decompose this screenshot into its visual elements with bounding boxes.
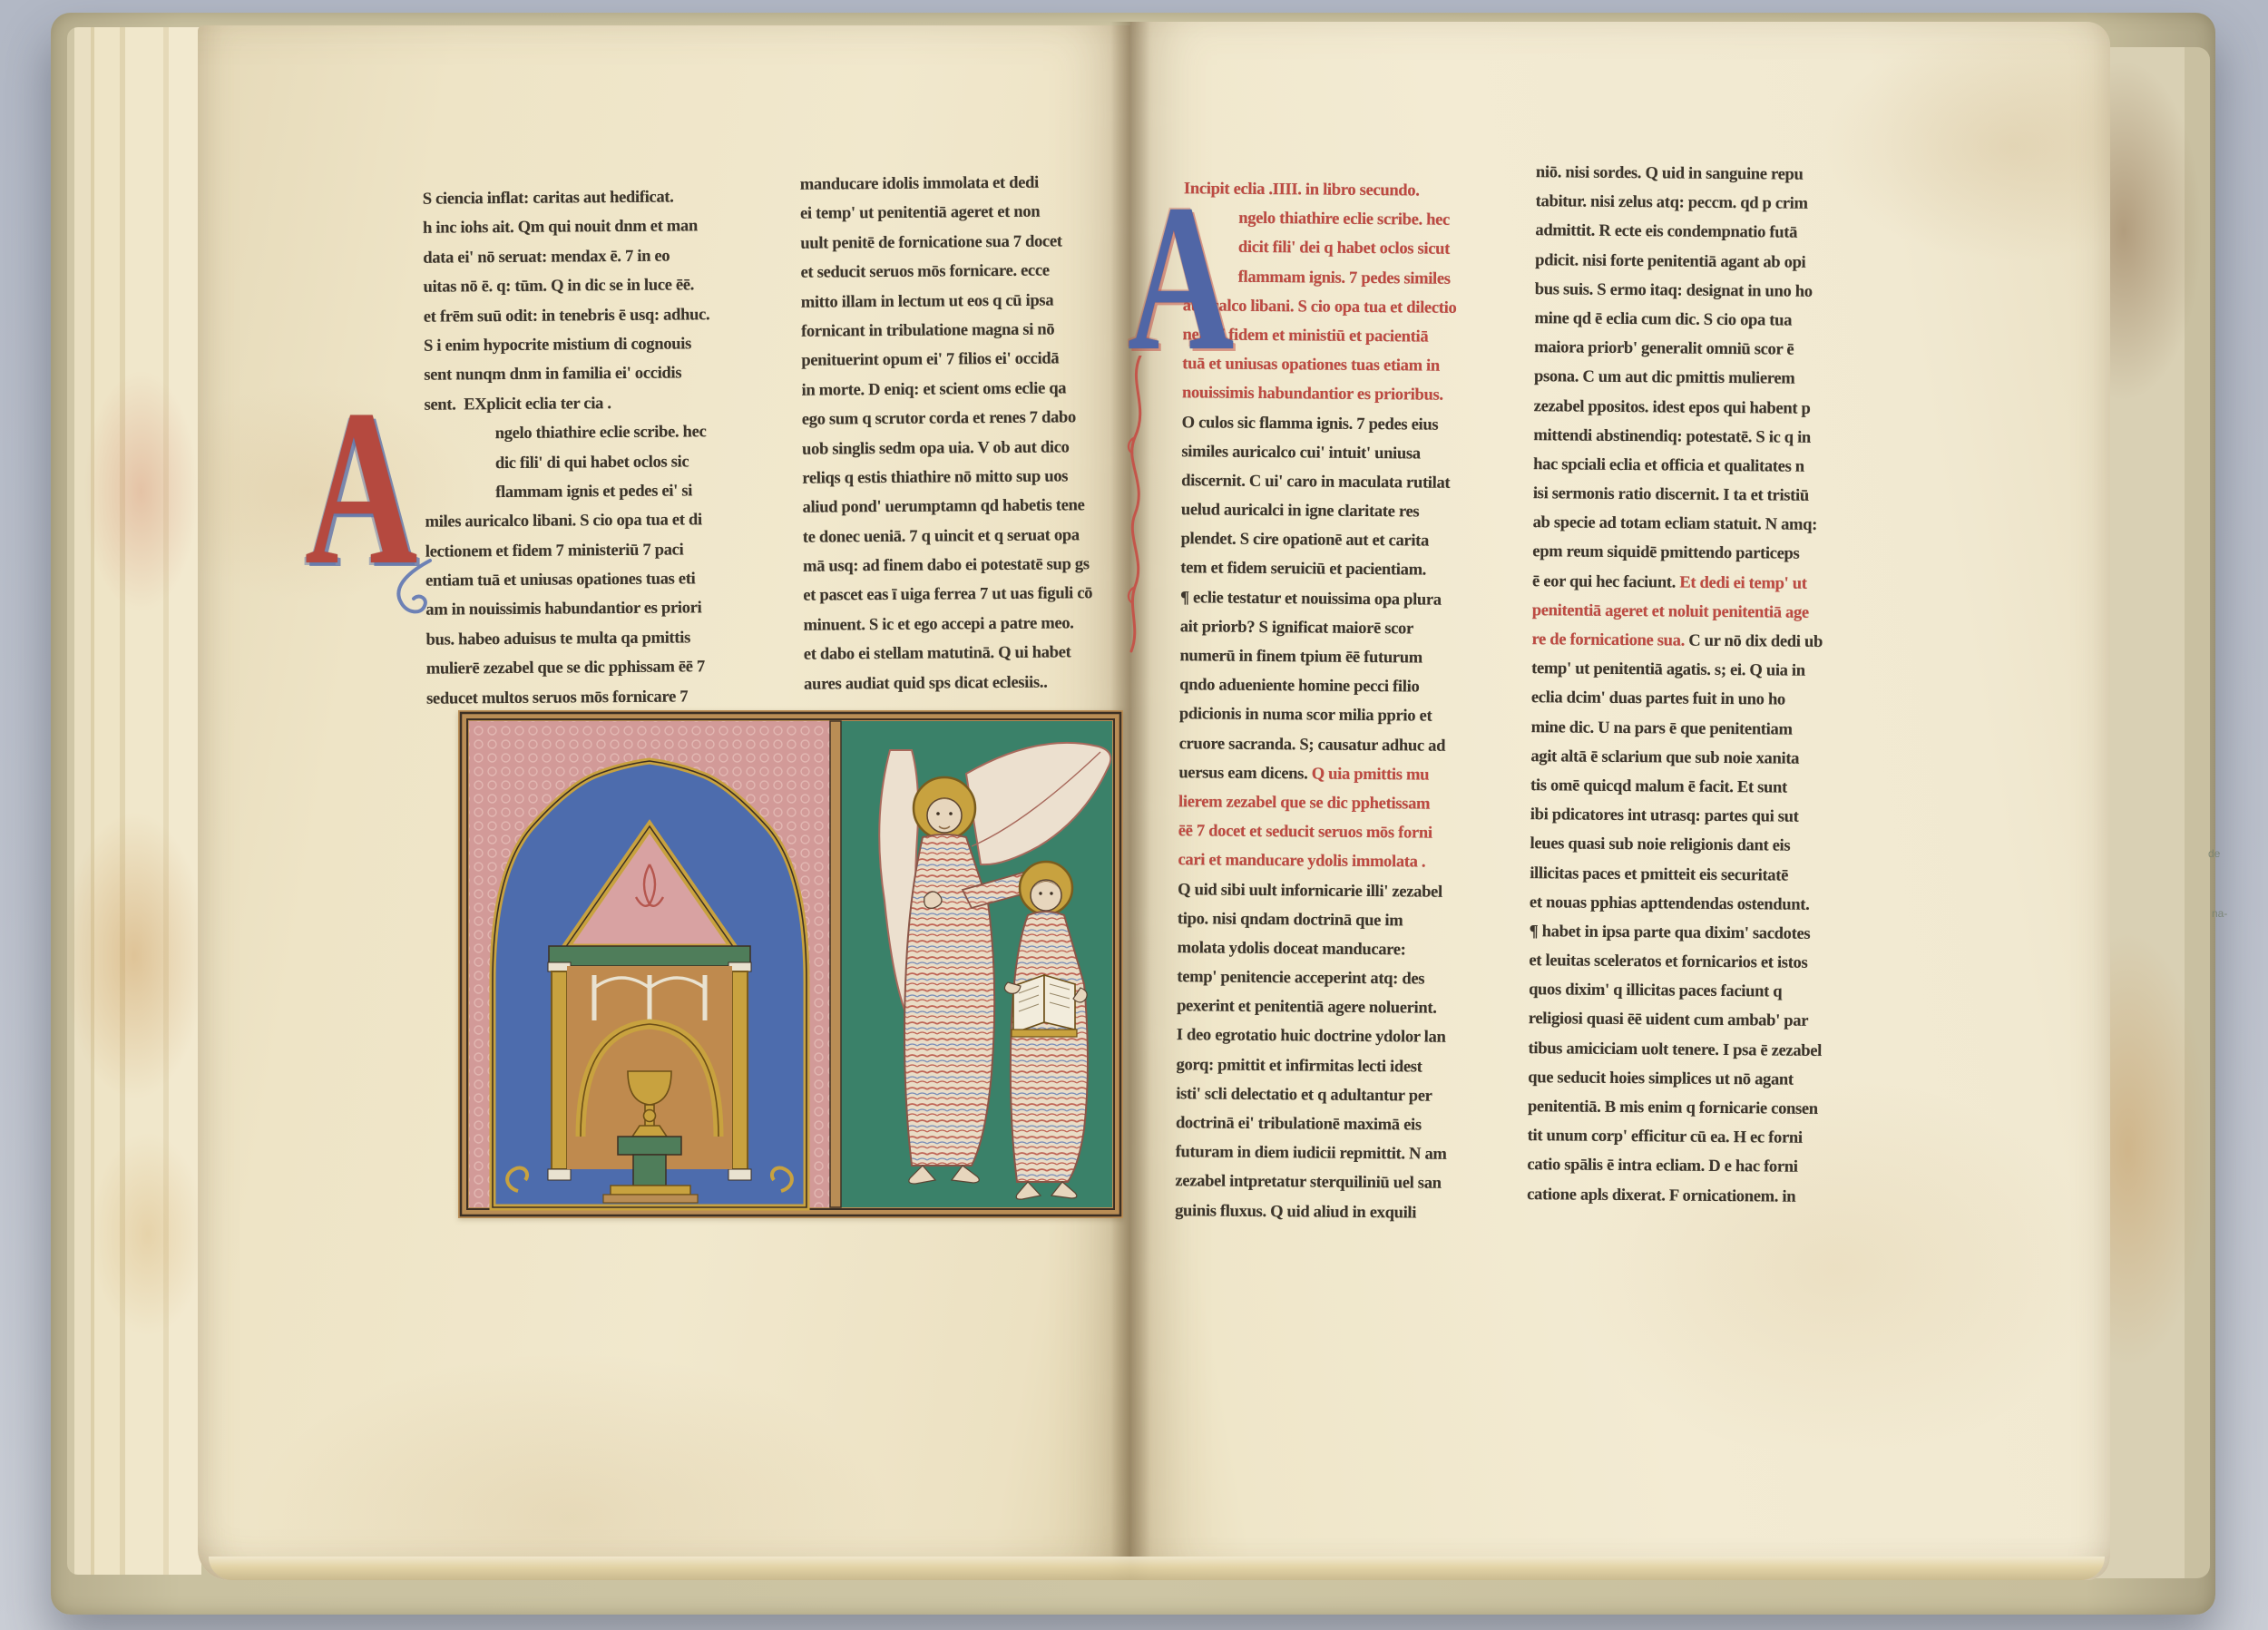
manuscript-text-line: quos dixim' q illicitas paces faciunt q <box>1529 981 1917 1013</box>
angel-head <box>927 798 962 833</box>
manuscript-text-line: mine dic. U na pars ē que penitentiam <box>1530 718 1919 751</box>
manuscript-text-line: plendet. S cire opationē aut et carita <box>1180 530 1556 562</box>
manuscript-text-line: mine qd ē eclia cum dic. S cio opa tua <box>1534 309 1922 342</box>
manuscript-text-line: manducare idolis immolata et dedi <box>800 172 1194 205</box>
miniature-painting <box>458 710 1123 1218</box>
manuscript-text-line: aliud pond' uerumptamn qd habetis tene <box>803 496 1197 529</box>
manuscript-text-line: am in nouissimis habundantior es priori <box>425 599 816 631</box>
manuscript-text-line: molata ydolis doceat manducare: <box>1177 939 1552 971</box>
manuscript-text-line: bus suis. S ermo itaq: designat in uno h… <box>1535 280 1923 313</box>
manuscript-text-line: pdicit. nisi forte penitentiā agant ab o… <box>1535 251 1923 284</box>
manuscript-text-line: miles auricalco libani. S cio opa tua et… <box>425 511 816 543</box>
manuscript-text-line: uersus eam dicens. Q uia pmittis mu <box>1178 764 1554 796</box>
manuscript-text-line: et seducit seruos mōs fornicare. ecce <box>800 260 1194 293</box>
manuscript-text-line: zezabel ppositos. idest epos qui habent … <box>1534 397 1922 430</box>
fore-edge-slip-label-top: de <box>2208 847 2220 860</box>
manuscript-text-line: catio spālis ē intra ecliam. D e hac for… <box>1527 1156 1915 1188</box>
manuscript-text-line: ¶ habet in ipsa parte qua dixim' sacdote… <box>1529 922 1917 955</box>
photo-open-illuminated-manuscript: S ciencia inflat: caritas aut hedificat.… <box>0 0 2268 1630</box>
manuscript-text-line: leues quasi sub noie religionis dant eis <box>1530 835 1918 867</box>
manuscript-text-line: penitentiā. B mis enim q fornicarie cons… <box>1528 1098 1916 1130</box>
manuscript-text-line: S ciencia inflat: caritas aut hedificat. <box>423 187 813 220</box>
manuscript-text-line: entiam tuā et uniusas opationes tuas eti <box>425 569 816 601</box>
saint-head <box>1031 880 1061 911</box>
manuscript-text-line: uitas nō ē. q: tūm. Q in dic se in luce … <box>423 275 813 307</box>
manuscript-text-line: religiosi quasi ēē uident cum ambab' par <box>1529 1010 1917 1043</box>
manuscript-text-line: ab specie ad totam ecliam statuit. N amq… <box>1532 513 1921 546</box>
manuscript-text-line: et leuitas sceleratos et fornicarios et … <box>1529 952 1917 984</box>
manuscript-text-line: re de fornicatione sua. C ur nō dix dedi… <box>1531 630 1920 663</box>
manuscript-text-line: I deo egrotatio huic doctrine ydolor lan <box>1177 1027 1552 1059</box>
manuscript-text-line: et pascet eas ī uiga ferrea 7 ut uas fig… <box>803 584 1197 617</box>
manuscript-text-line: isi sermonis ratio discernit. I ta et tr… <box>1533 484 1921 517</box>
manuscript-text-line: ē eor qui hec faciunt. Et dedi ei temp' … <box>1532 572 1921 605</box>
angel-raised-hand <box>924 892 942 908</box>
manuscript-text-line: uob singlis sedm opa uia. V ob aut dico <box>802 437 1196 470</box>
manuscript-text-line: mitto illam in lectum ut eos q cū ipsa <box>801 290 1195 323</box>
manuscript-text-line: ¶ eclie testatur et nouissima opa plura <box>1180 589 1556 621</box>
manuscript-text-line: isti' scli delectatio et q adultantur pe… <box>1176 1085 1551 1118</box>
manuscript-text-line: lierem zezabel que se dic pphetissam <box>1178 793 1554 825</box>
miniature-right-panel-figures <box>830 721 1112 1207</box>
manuscript-text-line: numerū in finem tpium ēē futurum <box>1179 647 1555 679</box>
manuscript-text-line: sent nunqm dnm in familia ei' occidis <box>424 364 814 396</box>
manuscript-text-line: agit altā ē sclarium que sub noie xanita <box>1530 747 1919 780</box>
manuscript-text-line: et nouas pphias apttendendas ostendunt. <box>1530 893 1918 926</box>
manuscript-text-line: te donec ueniā. 7 q uincit et q seruat o… <box>803 525 1197 558</box>
manuscript-text-line: guinis fluxus. Q uid aliud in exquili <box>1175 1202 1550 1235</box>
fore-edge-slip-label-bottom: na- <box>2212 907 2227 920</box>
manuscript-text-line: penituerint opum ei' 7 filios ei' occidā <box>801 349 1195 382</box>
manuscript-text-line: tis omē quicqd malum ē facit. Et sunt <box>1530 776 1919 809</box>
manuscript-text-line: pexerint et penitentiā agere noluerint. <box>1177 997 1552 1030</box>
manuscript-text-line: ēē 7 docet et seducit seruos mōs forni <box>1178 822 1554 854</box>
manuscript-text-line: doctrinā ei' tribulationē maximā eis <box>1176 1114 1551 1147</box>
manuscript-text-line: fornicant in tribulatione magna si nō <box>801 319 1195 352</box>
manuscript-text-line: Incipit eclia .IIII. in libro secundo. <box>1184 180 1559 212</box>
manuscript-text-line: futuram in diem iudicii repmittit. N am <box>1176 1143 1551 1176</box>
manuscript-text-line: dic fili' di qui habet oclos sic <box>425 452 815 484</box>
manuscript-text-line: tibus amiciciam uolt tenere. I psa ē zez… <box>1528 1039 1916 1072</box>
manuscript-text-line: uelud auricalci in igne claritate res <box>1181 501 1557 533</box>
manuscript-text-line: tit unum corp' efficitur cū ea. H ec for… <box>1528 1127 1916 1159</box>
manuscript-text-line: lectionem et fidem 7 ministeriū 7 paci <box>425 540 816 572</box>
manuscript-text-line: cari et manducare ydolis immolata . <box>1178 852 1553 884</box>
manuscript-text-line: admittit. R ecte eis condempnatio futā <box>1535 222 1923 255</box>
manuscript-text-line: que seducit hoies simplices ut nō agant <box>1528 1069 1916 1101</box>
manuscript-text-line: ngelo thiathire eclie scribe. hec <box>1184 209 1559 241</box>
manuscript-text-line: et frēm suū odit: in tenebris ē usq: adh… <box>424 305 814 337</box>
left-page-column-2: manducare idolis immolata et dediei temp… <box>800 172 1198 704</box>
manuscript-text-line: discernit. C ui' caro in maculata rutila… <box>1181 472 1557 504</box>
manuscript-text-line: psona. C um aut dic pmittis mulierem <box>1534 367 1922 400</box>
manuscript-text-line: O culos sic flamma ignis. 7 pedes eius <box>1182 414 1558 446</box>
manuscript-text-line: tabitur. nisi zelus atq: peccm. qd p cri… <box>1536 192 1924 225</box>
manuscript-text-line: temp' penitencie acceperint atq: des <box>1177 968 1552 1000</box>
manuscript-text-line: minuent. S ic et ego accepi a patre meo. <box>804 613 1198 646</box>
manuscript-text-line: pdicionis in numa scor milia pprio et <box>1179 706 1555 738</box>
manuscript-text-line: illicitas paces et pmitteit eis securita… <box>1530 864 1918 897</box>
manuscript-text-line: zezabel intpretatur sterquiliniū uel san <box>1175 1173 1550 1205</box>
green-entablature <box>549 946 750 966</box>
manuscript-text-line: in morte. D eniq: et scient oms eclie qa <box>801 378 1195 411</box>
manuscript-text-line: reliqs q estis thiathire nō mitto sup uo… <box>802 466 1196 499</box>
manuscript-text-line: cruore sacranda. S; causatur adhuc ad <box>1178 735 1554 767</box>
manuscript-text-line: penitentiā ageret et noluit penitentiā a… <box>1532 601 1921 634</box>
manuscript-text-line: maiora priorb' generalit omniū scor ē <box>1534 338 1922 371</box>
manuscript-text-line: dicit fili' dei q habet oclos sicut <box>1183 239 1559 271</box>
manuscript-text-line: mulierē zezabel que se dic pphissam ēē 7 <box>426 658 816 690</box>
manuscript-text-line: h inc iohs ait. Qm qui nouit dnm et man <box>423 217 813 249</box>
bottom-page-edges <box>209 1557 2105 1580</box>
right-page-column-2: niō. nisi sordes. Q uid in sanguine repu… <box>1527 163 1924 1217</box>
miniature-left-panel-shrine <box>469 721 830 1207</box>
manuscript-text-line: similes auricalco cui' intuit' uniusa <box>1181 443 1557 475</box>
manuscript-text-line: eclia dcim' duas partes fuit in uno ho <box>1531 689 1920 722</box>
manuscript-text-line: mittendi abstinendiq: potestatē. S ic q … <box>1533 426 1921 459</box>
manuscript-text-line: bus. habeo aduisus te multa qa pmittis <box>426 628 816 660</box>
manuscript-text-line: et dabo ei stellam matutinā. Q ui habet <box>804 643 1198 676</box>
manuscript-text-line: tipo. nisi qndam doctrinā que im <box>1178 910 1553 942</box>
manuscript-text-line: flammam ignis et pedes ei' si <box>425 481 815 513</box>
manuscript-text-line: niō. nisi sordes. Q uid in sanguine repu <box>1536 163 1924 196</box>
manuscript-text-line: qndo adueniente homine pecci filio <box>1179 676 1555 708</box>
manuscript-text-line: gorq: pmittit et infirmitas lecti idest <box>1176 1056 1551 1088</box>
fore-edge-left-page-stack <box>67 27 201 1575</box>
manuscript-text-line: aures audiat quid sps dicat eclesiis.. <box>804 672 1198 705</box>
manuscript-text-line: flammam ignis. 7 pedes similes <box>1183 268 1559 300</box>
manuscript-text-line: tem et fidem seruiciū et pacientiam. <box>1180 560 1556 592</box>
manuscript-text-line: tuā et uniusas opationes tuas etiam in <box>1182 355 1558 387</box>
manuscript-text-line: ait priorb? S ignificat maiorē scor <box>1180 618 1556 650</box>
manuscript-text-line: uult penitē de fornicatione sua 7 docet <box>800 231 1194 264</box>
manuscript-text-line: nem 7 fidem et ministiū et pacientiā <box>1182 326 1558 358</box>
manuscript-text-line: auricalco libani. S cio opa tua et dilec… <box>1183 297 1559 329</box>
manuscript-text-line: ibi pdicatores int utrasq: partes qui su… <box>1530 805 1919 838</box>
manuscript-text-line: Q uid sibi uult infornicarie illi' zezab… <box>1178 881 1553 913</box>
right-page-column-1: Incipit eclia .IIII. in libro secundo. n… <box>1175 180 1559 1234</box>
manuscript-text-line: S i enim hypocrite mistium di cognouis <box>424 334 814 366</box>
manuscript-text-line: mā usq: ad finem dabo ei potestatē sup g… <box>803 554 1197 587</box>
manuscript-text-line: ei temp' ut penitentiā ageret et non <box>800 202 1194 235</box>
manuscript-text-line: catione apls dixerat. F ornicationem. in <box>1527 1186 1915 1218</box>
manuscript-text-line: nouissimis habundantior es prioribus. <box>1182 385 1558 417</box>
manuscript-text-line: sent. EXplicit eclia ter cia . <box>424 393 814 425</box>
manuscript-text-line: ego sum q scrutor corda et renes 7 dabo <box>802 407 1196 440</box>
manuscript-text-line: ngelo thiathire eclie scribe. hec <box>425 422 815 454</box>
manuscript-text-line: epm reum siquidē pmittendo particeps <box>1532 543 1921 576</box>
manuscript-text-line: temp' ut penitentiā agatis. s; ei. Q uia… <box>1531 659 1920 692</box>
manuscript-text-line: data ei' nō seruat: mendax ē. 7 in eo <box>423 246 813 278</box>
manuscript-text-line: hac spciali eclia et officia et qualitat… <box>1533 455 1921 488</box>
left-page-column-1: S ciencia inflat: caritas aut hedificat.… <box>423 187 817 718</box>
